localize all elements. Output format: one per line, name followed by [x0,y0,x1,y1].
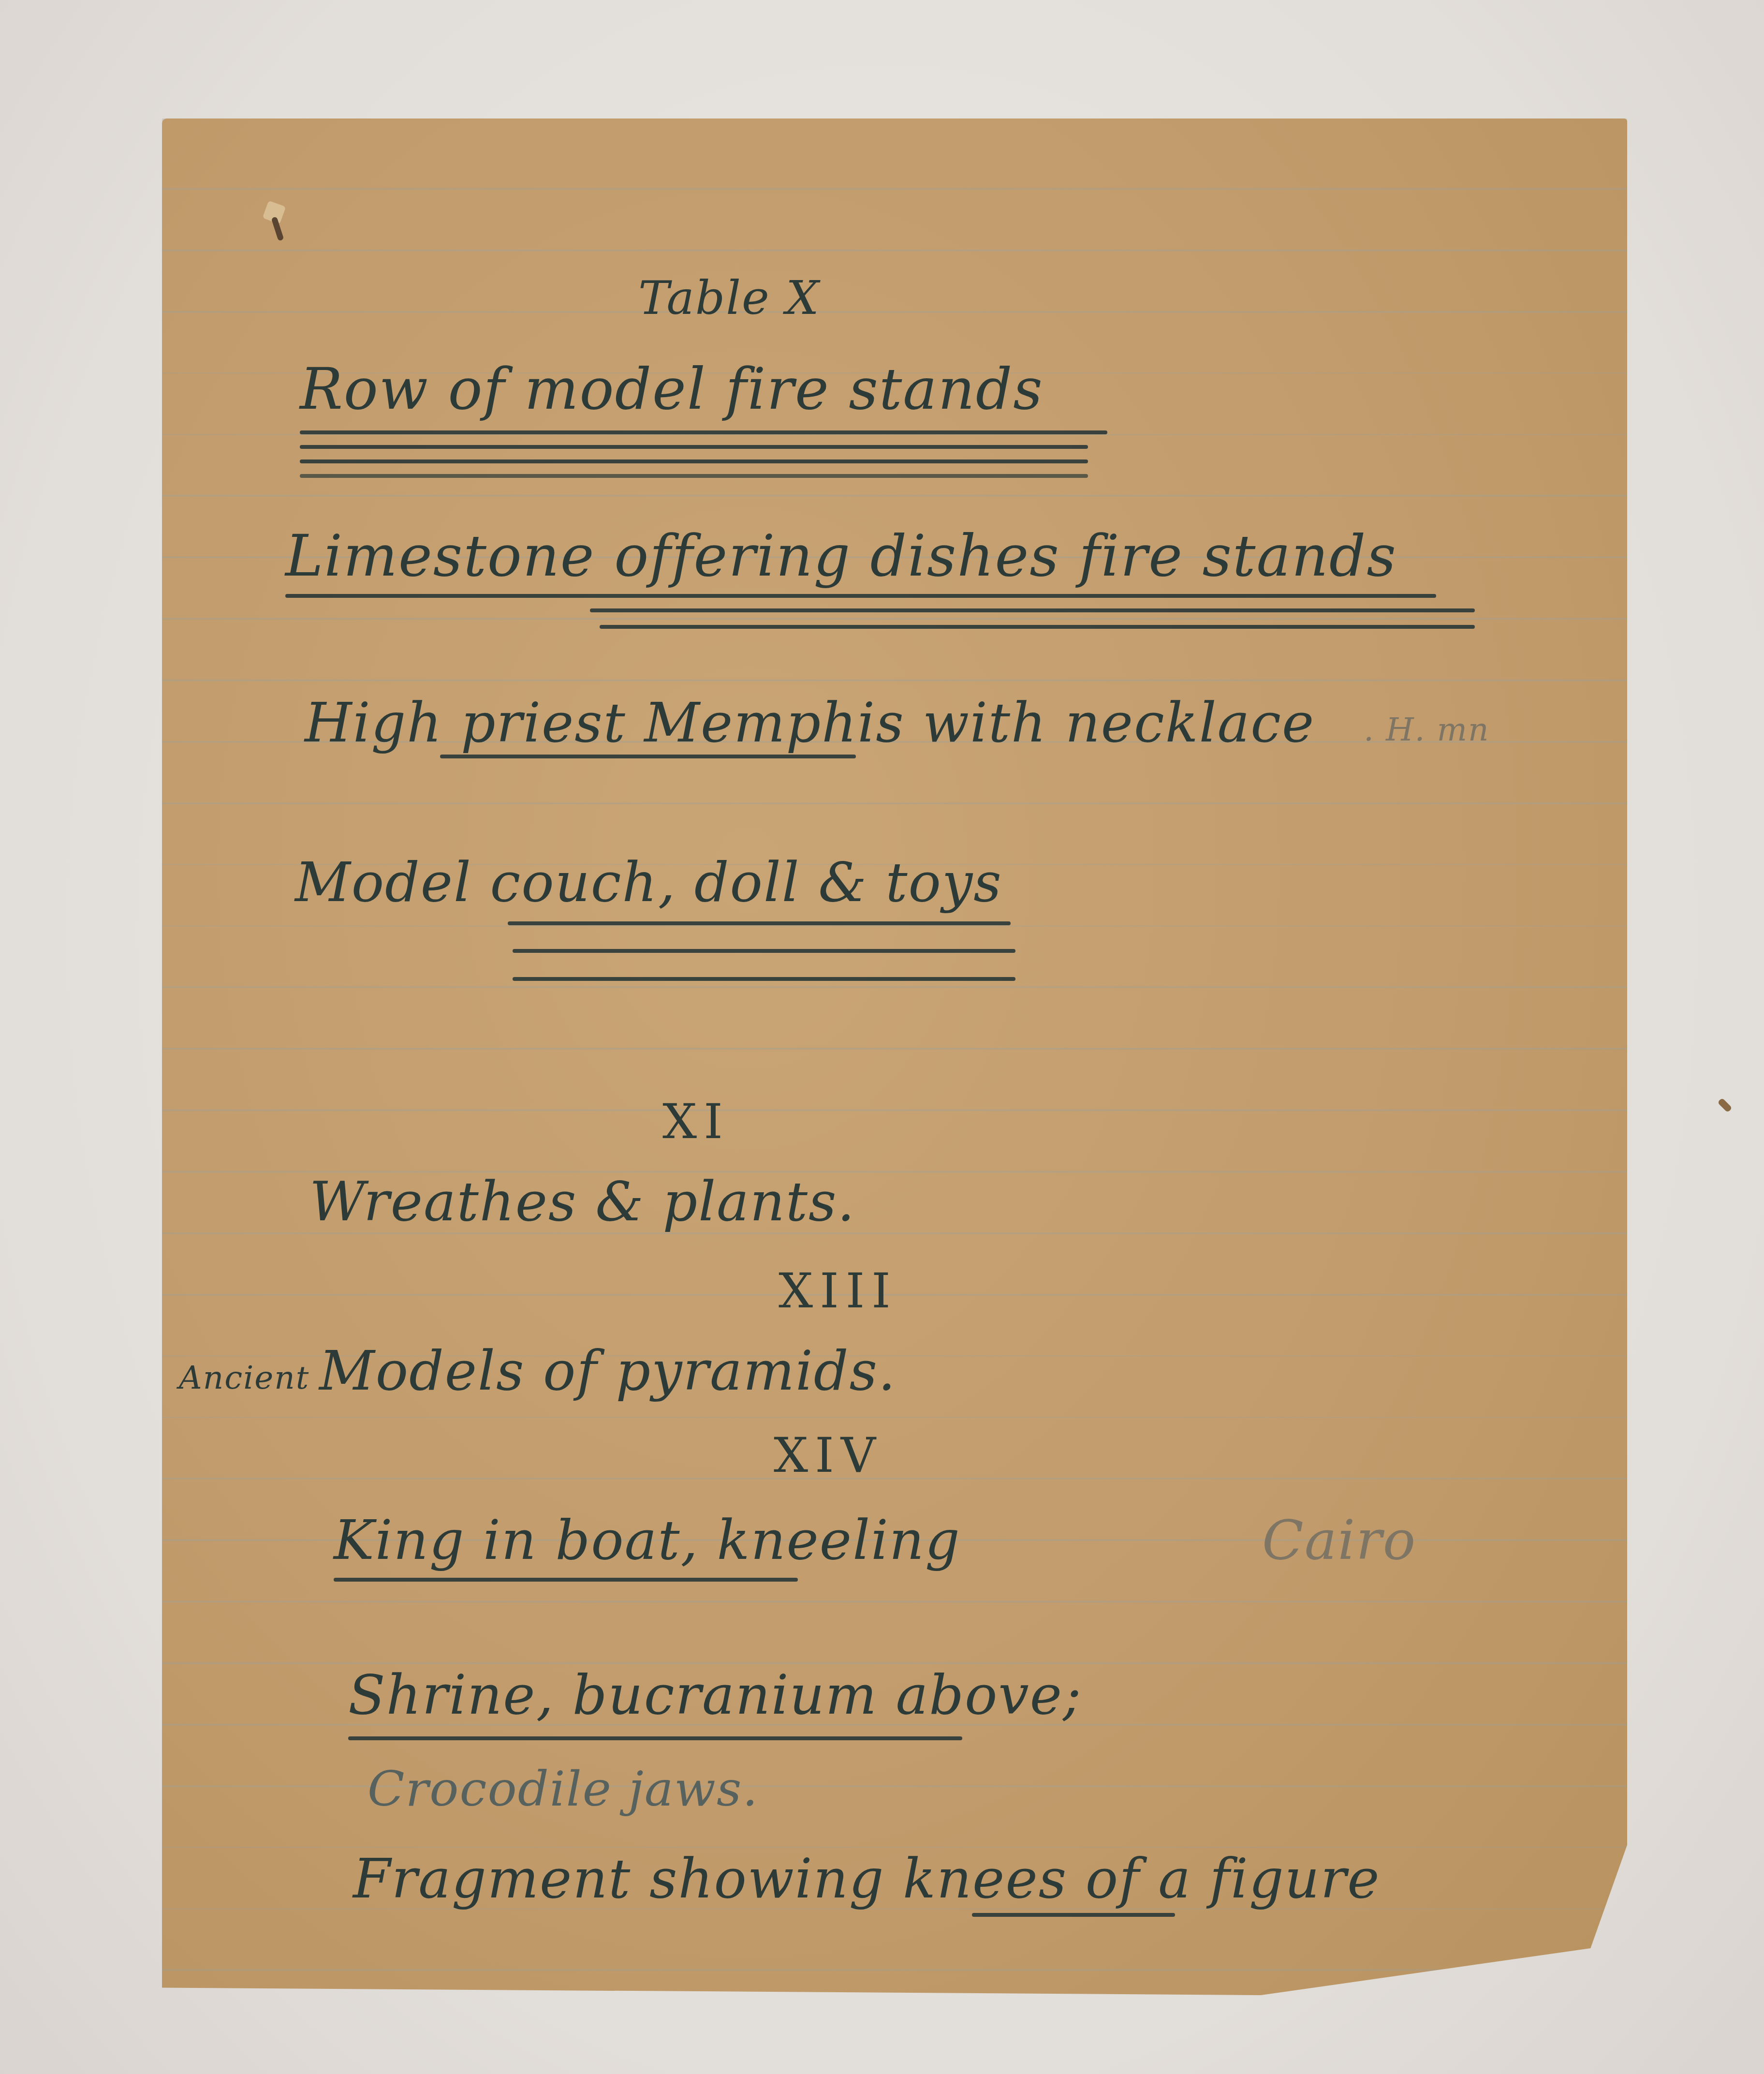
underline [300,474,1088,478]
underline [285,594,1436,598]
section-numeral-xi: XI [662,1093,730,1150]
entry-prefix-ancient: Ancient [179,1359,309,1396]
entry-limestone: Limestone offering dishes fire stands [285,522,1397,589]
underline [348,1736,962,1740]
entry-wreathes: Wreathes & plants. [309,1170,855,1233]
entry-fragment-knees: Fragment showing knees of a figure [353,1848,1381,1911]
entry-high-priest: High priest Memphis with necklace [305,692,1315,755]
entry-crocodile-jaws: Crocodile jaws. [367,1761,759,1817]
entry-pyramids: Models of pyramids. [319,1340,897,1403]
underline [508,921,1011,925]
section-numeral-xiv: XIV [774,1427,882,1483]
pencil-annotation: . H. mn [1364,711,1490,748]
underline [334,1578,798,1582]
entry-row-fire-stands: Row of model fire stands [300,356,1044,422]
underline [300,445,1088,449]
underline [440,755,856,758]
underline [590,608,1475,612]
page-title: Table X [638,271,820,325]
section-numeral-xiii: XIII [779,1262,897,1319]
underline [300,459,1088,463]
underline [513,977,1015,981]
underline [600,625,1475,629]
entry-model-couch: Model couch, doll & toys [295,851,1002,914]
underline-knees [972,1913,1175,1917]
underline [300,430,1107,434]
entry-shrine: Shrine, bucranium above; [348,1664,1082,1727]
pin-hole-mark [265,203,284,242]
entry-king-in-boat: King in boat, kneeling [334,1509,961,1572]
underline [513,949,1015,953]
pencil-annotation-cairo: Cairo [1262,1509,1416,1572]
